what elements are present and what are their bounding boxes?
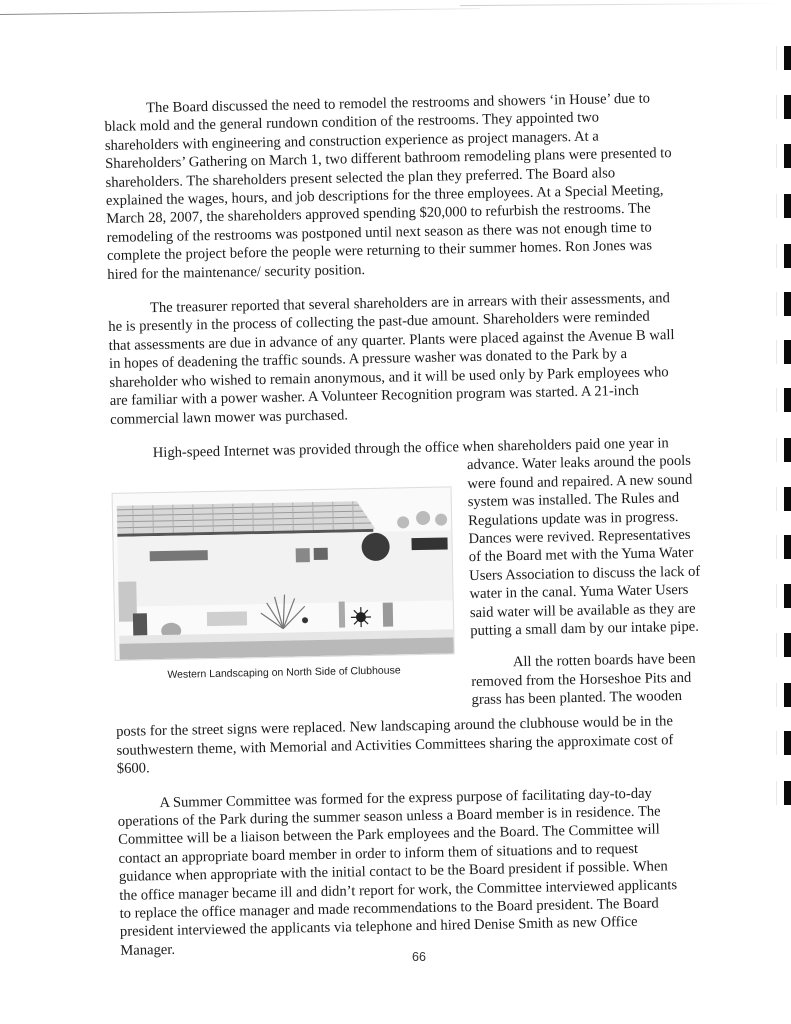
scan-edge-line [460,3,780,6]
binding-hole-mark [784,438,791,462]
binding-hole-mark [784,487,791,511]
page-number: 66 [412,950,426,964]
binding-hole-mark [784,244,791,268]
binding-hole-mark [784,46,791,70]
paragraph-restrooms: The Board discussed the need to remodel … [104,88,713,284]
binding-hole-mark [784,388,791,412]
binding-hole-mark [784,194,791,218]
text-line: grass has been planted. The wooden [471,686,727,709]
binding-hole-mark [784,683,791,707]
clubhouse-photo [112,487,455,661]
binding-hole-mark [784,292,791,316]
binding-hole-mark [784,340,791,364]
photo-caption: Western Landscaping on North Side of Clu… [115,661,453,686]
binding-hole-mark [784,535,791,559]
scan-edge-line [0,8,480,15]
clubhouse-landscape-image [113,488,454,660]
document-page: The Board discussed the need to remodel … [104,88,727,976]
photo-with-wrapped-text: Western Landscaping on North Side of Clu… [111,452,722,710]
binding-hole-mark [784,781,791,805]
paragraph-horseshoe-continued: posts for the street signs were replaced… [116,712,723,779]
wrapped-text-column: advance. Water leaks around the pools we… [467,451,728,709]
paragraph-summer-committee: A Summer Committee was formed for the ex… [117,783,726,960]
paragraph-internet: High-speed Internet was provided through… [111,433,722,709]
binding-hole-mark [784,633,791,657]
binding-hole-mark [784,95,791,119]
binding-hole-mark [784,584,791,608]
binding-hole-mark [784,144,791,168]
binding-hole-mark [784,731,791,755]
paragraph-treasurer: The treasurer reported that several shar… [108,288,716,428]
